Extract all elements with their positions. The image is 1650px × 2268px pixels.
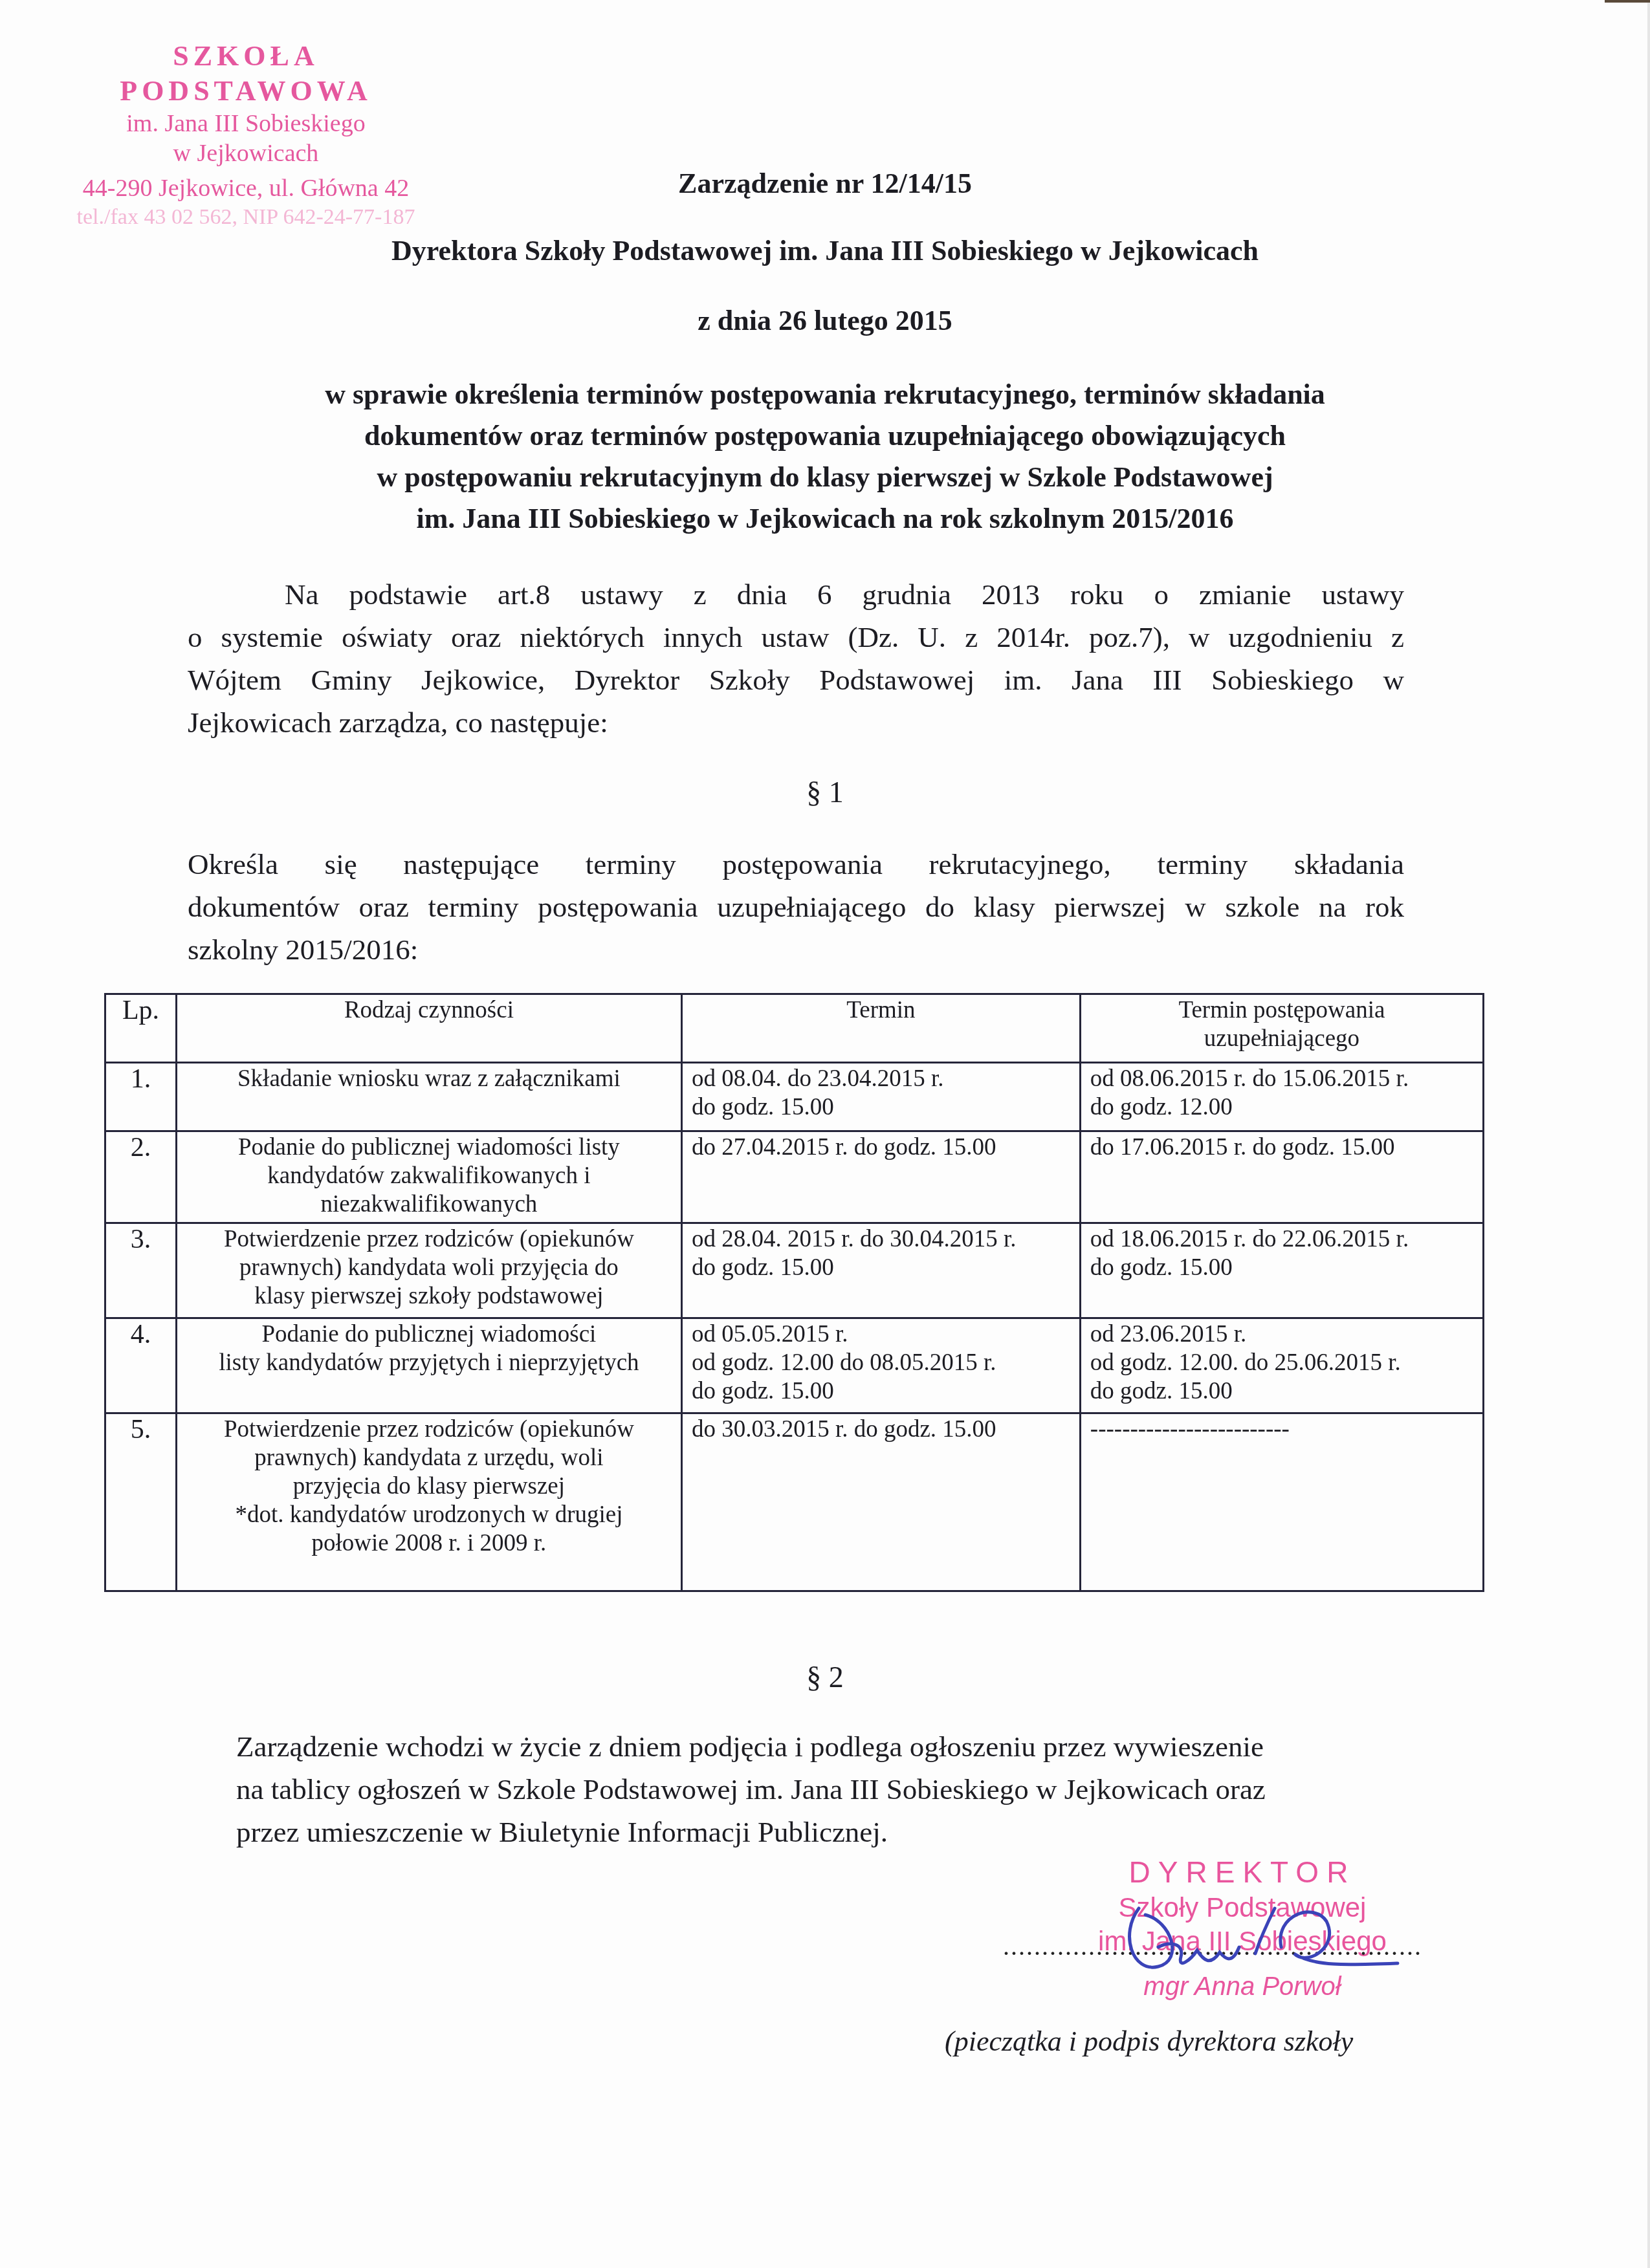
row-number: 2. (105, 1131, 177, 1223)
row-term: do 30.03.2015 r. do godz. 15.00 (681, 1413, 1080, 1591)
row-supplementary-term: ------------------------- (1080, 1413, 1483, 1591)
table-row: 1.Składanie wniosku wraz z załącznikamio… (105, 1063, 1484, 1131)
document-subject: w sprawie określenia terminów postępowan… (0, 374, 1650, 540)
signature-ink (1130, 1908, 1398, 1967)
document-title: Zarządzenie nr 12/14/15 (0, 167, 1650, 200)
preamble-line: Wójtem Gminy Jejkowice, Dyrektor Szkoły … (188, 659, 1404, 701)
row-supplementary-term: od 23.06.2015 r. od godz. 12.00. do 25.0… (1080, 1318, 1483, 1413)
preamble-line: o systemie oświaty oraz niektórych innyc… (188, 616, 1404, 659)
handwritten-signature (1061, 1895, 1424, 1986)
row-term: od 28.04. 2015 r. do 30.04.2015 r. do go… (681, 1223, 1080, 1318)
row-term: od 08.04. do 23.04.2015 r. do godz. 15.0… (681, 1063, 1080, 1131)
row-activity: Składanie wniosku wraz z załącznikami (176, 1063, 681, 1131)
document-issuer: Dyrektora Szkoły Podstawowej im. Jana II… (0, 234, 1650, 267)
table-row: 5.Potwierdzenie przez rodziców (opiekunó… (105, 1413, 1484, 1591)
subject-line: dokumentów oraz terminów postępowania uz… (0, 415, 1650, 457)
stamp-school-name: SZKOŁA PODSTAWOWA (52, 39, 440, 109)
preamble-line: Na podstawie art.8 ustawy z dnia 6 grudn… (285, 573, 1404, 616)
section-2-text: Zarządzenie wchodzi w życie z dniem podj… (236, 1725, 1401, 1853)
row-activity: Potwierdzenie przez rodziców (opiekunów … (176, 1223, 681, 1318)
row-supplementary-term: do 17.06.2015 r. do godz. 15.00 (1080, 1131, 1483, 1223)
row-number: 3. (105, 1223, 177, 1318)
document-date: z dnia 26 lutego 2015 (0, 304, 1650, 337)
row-number: 4. (105, 1318, 177, 1413)
section-1-text: Określa się następujące terminy postępow… (188, 843, 1404, 971)
section-1-line: dokumentów oraz terminy postępowania uzu… (188, 886, 1404, 928)
table-row: 2.Podanie do publicznej wiadomości listy… (105, 1131, 1484, 1223)
section-1-line: szkolny 2015/2016: (188, 928, 1404, 971)
stamp-town: w Jejkowicach (52, 138, 440, 168)
preamble: Na podstawie art.8 ustawy z dnia 6 grudn… (188, 573, 1404, 744)
section-2-line: przez umieszczenie w Biuletynie Informac… (236, 1811, 1401, 1853)
row-term: do 27.04.2015 r. do godz. 15.00 (681, 1131, 1080, 1223)
stamp-patron: im. Jana III Sobieskiego (52, 109, 440, 138)
stamp-contact: tel./fax 43 02 562, NIP 642-24-77-187 (52, 203, 440, 232)
section-2-line: na tablicy ogłoszeń w Szkole Podstawowej… (236, 1768, 1401, 1811)
header-supplementary: Termin postępowania uzupełniającego (1080, 994, 1483, 1063)
row-number: 5. (105, 1413, 177, 1591)
section-2-line: Zarządzenie wchodzi w życie z dniem podj… (236, 1725, 1401, 1768)
preamble-line: Jejkowicach zarządza, co następuje: (188, 701, 1404, 744)
subject-line: im. Jana III Sobieskiego w Jejkowicach n… (0, 498, 1650, 540)
school-stamp: SZKOŁA PODSTAWOWA im. Jana III Sobieskie… (52, 39, 440, 232)
signature-caption: (pieczątka i podpis dyrektora szkoły (945, 2025, 1353, 2058)
row-activity: Potwierdzenie przez rodziców (opiekunów … (176, 1413, 681, 1591)
row-activity: Podanie do publicznej wiadomości listy k… (176, 1131, 681, 1223)
row-term: od 05.05.2015 r. od godz. 12.00 do 08.05… (681, 1318, 1080, 1413)
recruitment-schedule-table: Lp. Rodzaj czynności Termin Termin postę… (104, 993, 1484, 1592)
scan-corner-mark (1605, 0, 1650, 3)
row-supplementary-term: od 18.06.2015 r. do 22.06.2015 r. do god… (1080, 1223, 1483, 1318)
header-term: Termin (681, 994, 1080, 1063)
table-header-row: Lp. Rodzaj czynności Termin Termin postę… (105, 994, 1484, 1063)
section-1-line: Określa się następujące terminy postępow… (188, 843, 1404, 886)
scan-edge (1647, 0, 1650, 2268)
section-2-label: § 2 (0, 1660, 1650, 1694)
section-1-label: § 1 (0, 775, 1650, 809)
subject-line: w postępowaniu rekrutacyjnym do klasy pi… (0, 457, 1650, 498)
row-activity: Podanie do publicznej wiadomości listy k… (176, 1318, 681, 1413)
table-row: 3.Potwierdzenie przez rodziców (opiekunó… (105, 1223, 1484, 1318)
table-row: 4.Podanie do publicznej wiadomości listy… (105, 1318, 1484, 1413)
row-supplementary-term: od 08.06.2015 r. do 15.06.2015 r. do god… (1080, 1063, 1483, 1131)
row-number: 1. (105, 1063, 177, 1131)
header-activity: Rodzaj czynności (176, 994, 681, 1063)
director-stamp-title: DYREKTOR (1035, 1853, 1449, 1891)
header-lp: Lp. (105, 994, 177, 1063)
subject-line: w sprawie określenia terminów postępowan… (0, 374, 1650, 415)
